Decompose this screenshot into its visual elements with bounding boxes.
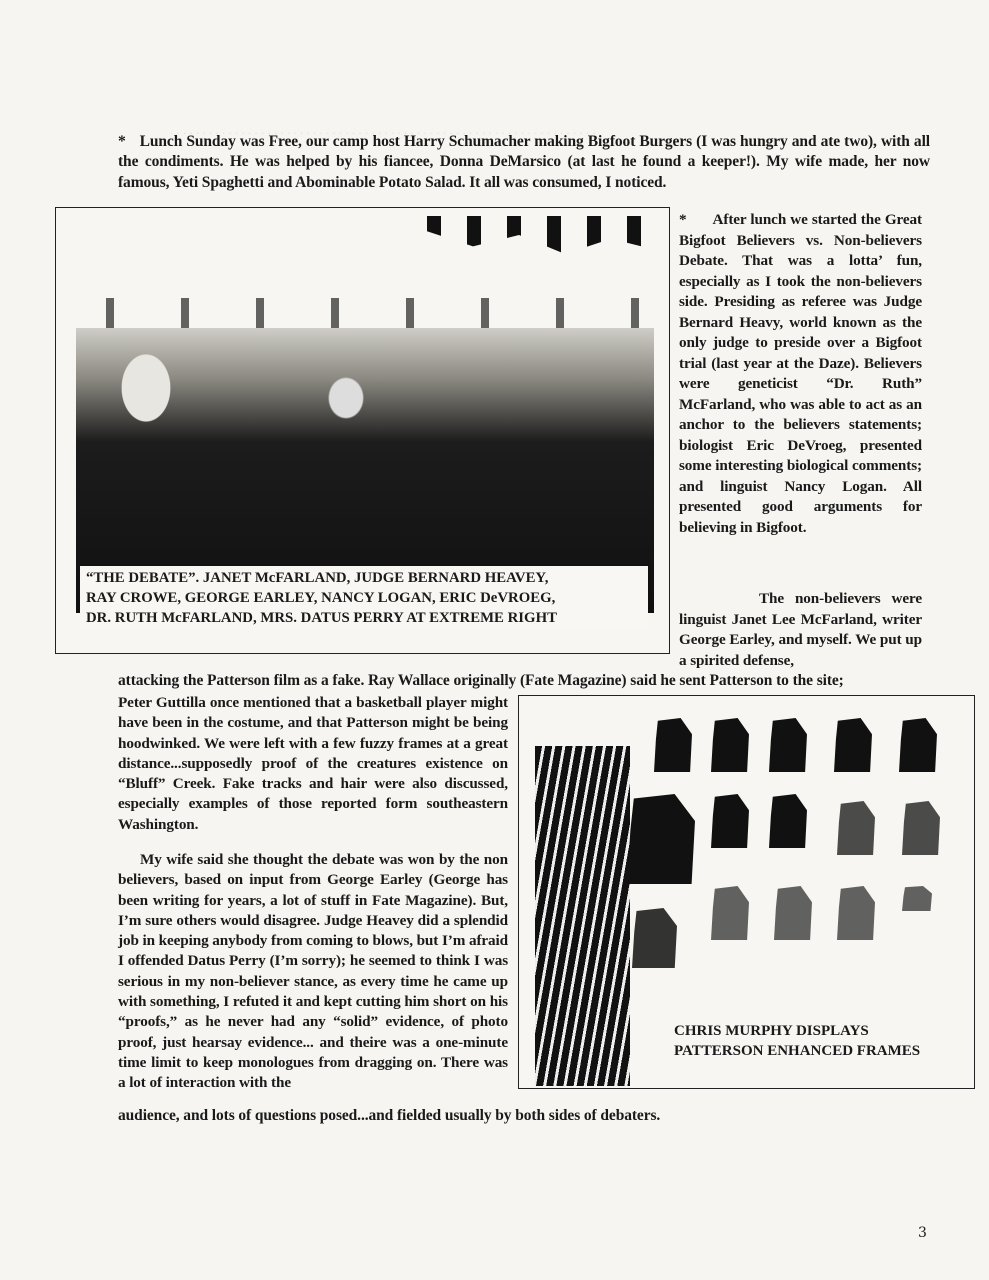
film-frame xyxy=(769,718,807,772)
guttilla-paragraph: Peter Guttilla once mentioned that a bas… xyxy=(118,693,508,835)
film-frame xyxy=(711,718,749,772)
debate-intro-text: After lunch we started the Great Bigfoot… xyxy=(679,211,922,536)
debate-outcome-text: My wife said she thought the debate was … xyxy=(118,851,508,1091)
closing-text: audience, and lots of questions posed...… xyxy=(118,1107,660,1124)
caption-line-2: RAY CROWE, GEORGE EARLEY, NANCY LOGAN, E… xyxy=(86,588,642,608)
non-believers-text: The non-believers were linguist Janet Le… xyxy=(679,590,922,669)
patterson-film-text: attacking the Patterson film as a fake. … xyxy=(118,672,844,689)
intro-text: Lunch Sunday was Free, our camp host Har… xyxy=(118,133,930,191)
film-frame xyxy=(899,718,937,772)
patterson-film-line: attacking the Patterson film as a fake. … xyxy=(118,671,930,691)
patterson-frames-photo: CHRIS MURPHY DISPLAYS PATTERSON ENHANCED… xyxy=(518,695,975,1089)
guttilla-text: Peter Guttilla once mentioned that a bas… xyxy=(118,694,508,833)
closing-line: audience, and lots of questions posed...… xyxy=(118,1106,930,1126)
caption-line-2: PATTERSON ENHANCED FRAMES xyxy=(674,1041,920,1061)
debate-outcome-paragraph: My wife said she thought the debate was … xyxy=(118,850,508,1094)
intro-paragraph: *Lunch Sunday was Free, our camp host Ha… xyxy=(118,132,930,193)
film-frame xyxy=(902,886,932,911)
patterson-frames-caption: CHRIS MURPHY DISPLAYS PATTERSON ENHANCED… xyxy=(674,1021,920,1061)
non-believers-paragraph: The non-believers were linguist Janet Le… xyxy=(679,589,922,671)
debate-photo: “THE DEBATE”. JANET McFARLAND, JUDGE BER… xyxy=(55,207,670,654)
bullet-asterisk: * xyxy=(118,133,126,150)
film-frame xyxy=(654,718,692,772)
caption-line-1: “THE DEBATE”. JANET McFARLAND, JUDGE BER… xyxy=(86,568,642,588)
page-number: 3 xyxy=(918,1225,927,1241)
tree-leaves-silhouette xyxy=(427,216,657,254)
film-frame xyxy=(774,886,812,940)
film-frame xyxy=(837,801,875,855)
debate-photo-caption: “THE DEBATE”. JANET McFARLAND, JUDGE BER… xyxy=(80,566,648,630)
film-frame xyxy=(837,886,875,940)
film-frame xyxy=(711,794,749,848)
chris-murphy-figure xyxy=(535,746,630,1086)
film-frame xyxy=(902,801,940,855)
caption-line-3: DR. RUTH McFARLAND, MRS. DATUS PERRY AT … xyxy=(86,608,642,628)
debate-intro-paragraph: *After lunch we started the Great Bigfoo… xyxy=(679,210,922,538)
caption-line-1: CHRIS MURPHY DISPLAYS xyxy=(674,1021,920,1041)
film-frame xyxy=(627,794,695,884)
film-frame xyxy=(769,794,807,848)
film-frame xyxy=(834,718,872,772)
newsletter-page: . . . . . . . . . . . . . . . . . . . . … xyxy=(0,0,989,1280)
bullet-asterisk: * xyxy=(679,211,687,228)
film-frame xyxy=(632,908,677,968)
film-frame xyxy=(711,886,749,940)
